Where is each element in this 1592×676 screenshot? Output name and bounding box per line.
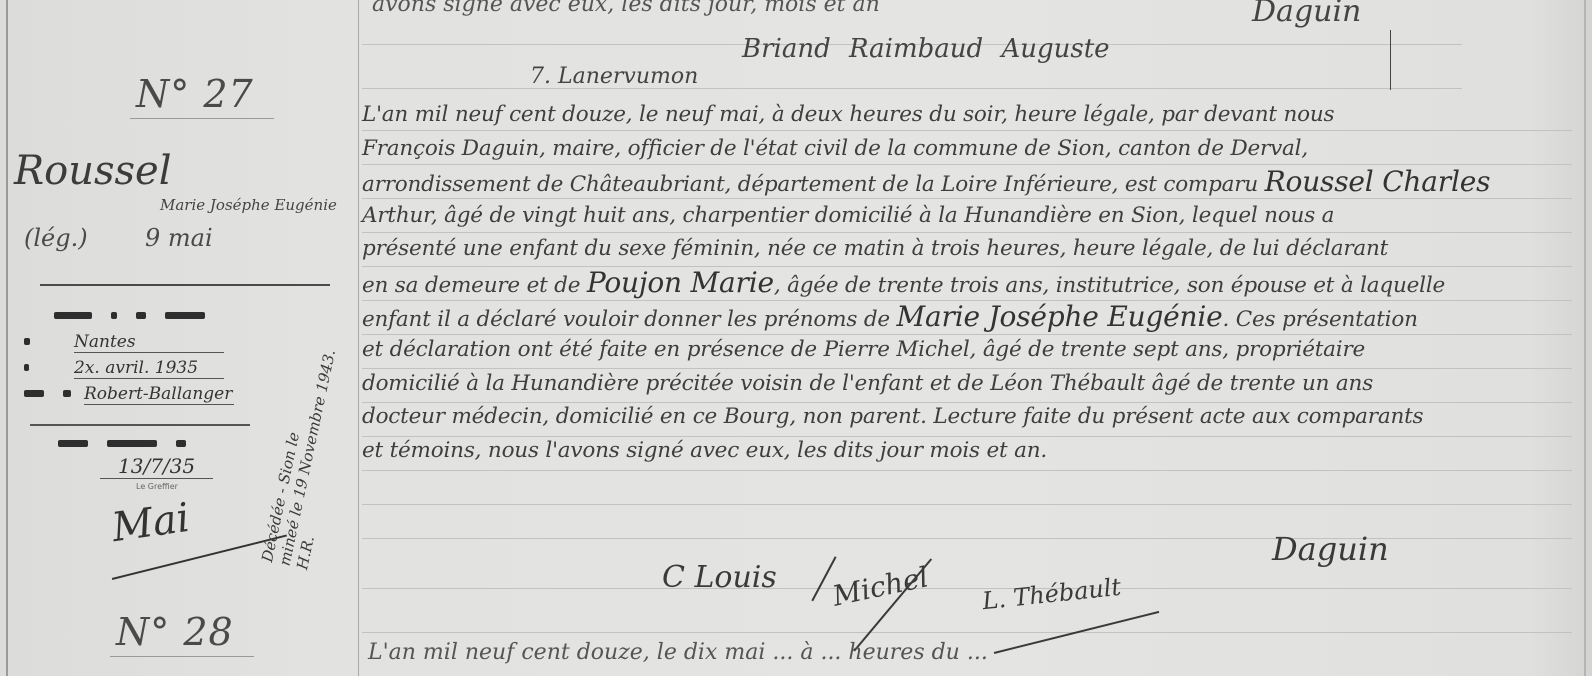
margin-given-names: Marie Joséphe Eugénie	[160, 196, 337, 214]
act-line: et témoins, nous l'avons signé avec eux,…	[362, 434, 1580, 468]
stamp-print	[54, 312, 92, 319]
page-right-edge	[1584, 0, 1586, 676]
spouse-name: Robert-Ballanger	[84, 384, 234, 405]
margin-column: N° 27 Roussel Marie Joséphe Eugénie (lég…	[10, 0, 356, 676]
act-line-text: , âgée de trente trois ans, institutrice…	[774, 273, 1445, 298]
marriage-date: 2x. avril. 1935	[74, 358, 224, 379]
stamp-print	[24, 338, 30, 345]
act-line: présenté une enfant du sexe féminin, née…	[362, 232, 1580, 266]
marriage-place: Nantes	[74, 332, 224, 353]
clerk-signature: Mai	[109, 495, 192, 551]
margin-rule	[358, 0, 359, 676]
margin-surname: Roussel	[14, 148, 171, 194]
act-line-text: enfant il a déclaré vouloir donner les p…	[362, 307, 897, 332]
act-line-text: en sa demeure et de	[362, 273, 587, 298]
act-line: arrondissement de Châteaubriant, départe…	[362, 165, 1580, 199]
stamp-line: 2x. avril. 1935	[24, 358, 254, 384]
page-left-edge	[6, 0, 8, 676]
next-act-number: N° 28	[110, 610, 254, 657]
act-body: avons signé avec eux, les dits jour, moi…	[362, 0, 1580, 676]
stamp-print	[63, 390, 71, 397]
stamp-print	[165, 312, 205, 319]
next-act-opening: L'an mil neuf cent douze, le dix mai ...…	[368, 640, 988, 665]
act-annotation: 7. Lanervumon	[530, 64, 698, 89]
stamp-line: Nantes	[24, 332, 254, 358]
extract-date: 13/7/35	[100, 454, 213, 479]
act-line: domicilié à la Hunandière précitée voisi…	[362, 367, 1580, 401]
act-line: docteur médecin, domicilié en ce Bourg, …	[362, 400, 1580, 434]
father-signature: C Louis	[662, 560, 777, 595]
act-line: Arthur, âgé de vingt huit ans, charpenti…	[362, 199, 1580, 233]
act-line: enfant il a déclaré vouloir donner les p…	[362, 300, 1580, 334]
birth-day: 9 mai	[145, 224, 213, 252]
stamp-line: Robert-Ballanger	[24, 384, 254, 410]
previous-act-mayor-signature: Daguin	[1252, 0, 1361, 29]
previous-act-witness-signatures: Briand Raimbaud Auguste	[742, 34, 1110, 64]
marriage-mention-stamp: Nantes 2x. avril. 1935 Robert-Ballanger …	[24, 306, 254, 460]
act-number: N° 27	[130, 72, 274, 119]
mother-name: Poujon Marie	[587, 266, 774, 299]
child-names: Marie Joséphe Eugénie	[897, 300, 1223, 333]
witness-signature-thebault: L. Thébault	[981, 573, 1122, 615]
act-line-text: arrondissement de Châteaubriant, départe…	[362, 172, 1265, 197]
stamp-print	[136, 312, 146, 319]
legitimacy-mark: (lég.)	[24, 224, 88, 252]
signature-stroke	[1390, 30, 1391, 90]
act-line: L'an mil neuf cent douze, le neuf mai, à…	[362, 98, 1580, 132]
act-text: L'an mil neuf cent douze, le neuf mai, à…	[362, 98, 1580, 468]
act-line-text: . Ces présentation	[1223, 307, 1418, 332]
stamp-print	[107, 440, 157, 447]
act-line: François Daguin, maire, officier de l'ét…	[362, 132, 1580, 166]
stamp-print	[24, 390, 44, 397]
stamp-top-rule	[40, 284, 330, 286]
registry-page: N° 27 Roussel Marie Joséphe Eugénie (lég…	[0, 0, 1592, 676]
stamp-line	[24, 306, 254, 332]
witness-signature-michel: Michel	[830, 560, 932, 612]
act-line: en sa demeure et de Poujon Marie, âgée d…	[362, 266, 1580, 300]
signature-stroke	[994, 611, 1159, 654]
previous-act-closing: avons signé avec eux, les dits jour, moi…	[372, 0, 880, 17]
mayor-signature: Daguin	[1272, 530, 1389, 568]
clerk-label: Le Greffier	[136, 482, 178, 491]
stamp-divider	[30, 410, 250, 426]
stamp-print	[58, 440, 88, 447]
stamp-print	[24, 364, 29, 371]
stamp-print	[176, 440, 186, 447]
act-line: et déclaration ont été faite en présence…	[362, 333, 1580, 367]
stamp-print	[111, 312, 117, 319]
death-mention: Décédée - Sion le mineé le 19 Novembre 1…	[258, 344, 357, 571]
father-name: Roussel Charles	[1265, 165, 1491, 198]
